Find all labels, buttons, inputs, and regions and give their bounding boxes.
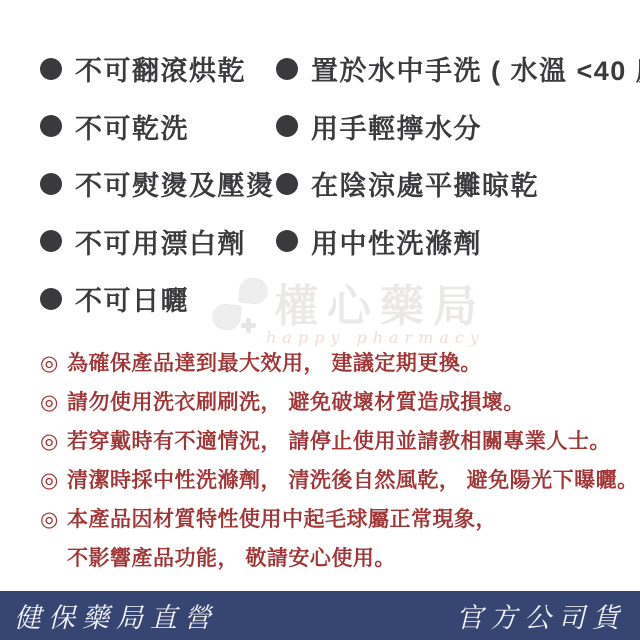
care-item: 置於水中手洗 ( 水溫 <40 度 ) [276,40,640,98]
care-item: 不可用漂白劑 [40,213,275,271]
bullet-icon [40,230,62,252]
note-text-block: 清潔時採中性洗滌劑， 清洗後自然風乾， 避免陽光下曝曬。 [67,469,639,493]
note-item: ◎若穿戴時有不適情況， 請停止使用並請教相關專業人士。 [40,430,632,454]
double-circle-marker-icon: ◎ [40,430,67,454]
note-text-block: 為確保產品達到最大效用， 建議定期更換。 [67,352,482,376]
note-text-block: 若穿戴時有不適情況， 請停止使用並請教相關專業人士。 [67,430,611,454]
double-circle-marker-icon: ◎ [40,469,67,493]
care-item-label: 不可熨燙及壓燙 [75,164,275,203]
note-text: 請勿使用洗衣刷刷洗， 避免破壞材質造成損壞。 [67,391,525,415]
care-item-label: 不可乾洗 [75,107,189,146]
care-list-right-column: 置於水中手洗 ( 水溫 <40 度 )用手輕擰水分在陰涼處平攤晾乾用中性洗滌劑 [276,40,640,270]
care-item-label: 用手輕擰水分 [311,107,482,146]
care-item: 用手輕擰水分 [276,98,640,156]
note-item: ◎清潔時採中性洗滌劑， 清洗後自然風乾， 避免陽光下曝曬。 [40,469,632,493]
note-item: ◎請勿使用洗衣刷刷洗， 避免破壞材質造成損壞。 [40,391,632,415]
double-circle-marker-icon: ◎ [40,352,67,376]
care-item: 不可熨燙及壓燙 [40,155,275,213]
bullet-icon [276,58,298,80]
note-text-block: 本產品因材質特性使用中起毛球屬正常現象，不影響產品功能， 敬請安心使用。 [67,508,497,571]
bullet-icon [40,288,62,310]
footer-left-text: 健保藥局直營 [14,596,218,635]
bullet-icon [40,58,62,80]
care-item-label: 置於水中手洗 ( 水溫 <40 度 ) [311,49,640,88]
notes-list: ◎為確保產品達到最大效用， 建議定期更換。◎請勿使用洗衣刷刷洗， 避免破壞材質造… [40,352,632,586]
bullet-icon [40,115,62,137]
note-text-block: 請勿使用洗衣刷刷洗， 避免破壞材質造成損壞。 [67,391,525,415]
note-text: 清潔時採中性洗滌劑， 清洗後自然風乾， 避免陽光下曝曬。 [67,469,639,493]
care-item-label: 在陰涼處平攤晾乾 [311,164,539,203]
footer-bar: 健保藥局直營 官方公司貨 [0,591,640,640]
note-item: ◎為確保產品達到最大效用， 建議定期更換。 [40,352,632,376]
care-item-label: 不可日曬 [75,279,189,318]
care-item: 不可翻滾烘乾 [40,40,275,98]
bullet-icon [276,115,298,137]
care-item-label: 用中性洗滌劑 [311,222,482,261]
double-circle-marker-icon: ◎ [40,508,67,571]
note-text: 本產品因材質特性使用中起毛球屬正常現象， [67,508,497,532]
care-item: 在陰涼處平攤晾乾 [276,155,640,213]
footer-right-text: 官方公司貨 [456,596,626,635]
note-item: ◎本產品因材質特性使用中起毛球屬正常現象，不影響產品功能， 敬請安心使用。 [40,508,632,571]
care-item-label: 不可用漂白劑 [75,222,246,261]
care-item-label: 不可翻滾烘乾 [75,49,246,88]
care-item: 用中性洗滌劑 [276,213,640,271]
care-item: 不可乾洗 [40,98,275,156]
bullet-icon [276,230,298,252]
watermark-tagline-text: happy pharmacy [266,328,485,347]
note-text: 為確保產品達到最大效用， 建議定期更換。 [67,352,482,376]
watermark-brand-text: 權心藥局 [274,270,486,334]
bullet-icon [276,173,298,195]
note-text: 若穿戴時有不適情況， 請停止使用並請教相關專業人士。 [67,430,611,454]
double-circle-marker-icon: ◎ [40,391,67,415]
care-item: 不可日曬 [40,270,275,328]
bullet-icon [40,173,62,195]
care-list-left-column: 不可翻滾烘乾不可乾洗不可熨燙及壓燙不可用漂白劑不可日曬 [40,40,275,328]
note-text-continued: 不影響產品功能， 敬請安心使用。 [67,547,497,571]
